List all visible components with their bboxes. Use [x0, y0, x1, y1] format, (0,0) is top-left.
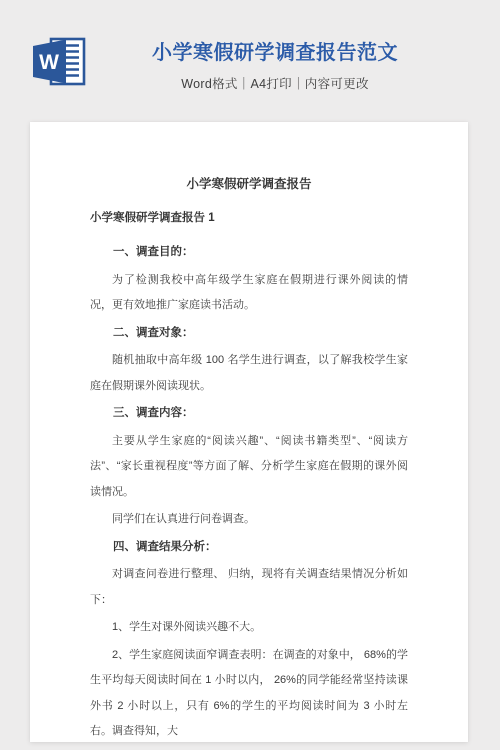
document-page-preview: 小学寒假研学调查报告 小学寒假研学调查报告 1 一、调查目的： 为了检测我校中高… [30, 122, 468, 742]
para-survey-note: 同学们在认真进行问卷调查。 [90, 507, 408, 533]
page-background: W 小学寒假研学调查报告范文 Word格式｜A4打印｜内容可更改 小学寒假研学调… [0, 0, 500, 750]
para-subjects: 随机抽取中高年级 100 名学生进行调查，以了解我校学生家庭在假期课外阅读现状。 [90, 348, 408, 399]
doc-subtitle-1: 小学寒假研学调查报告 1 [90, 206, 408, 232]
heading-subjects: 二、调查对象： [90, 321, 408, 347]
heading-content: 三、调查内容： [90, 401, 408, 427]
page-title: 小学寒假研学调查报告范文 [60, 40, 490, 66]
para-content: 主要从学生家庭的“阅读兴趣”、“阅读书籍类型”、“阅读方法”、“家长重视程度”等… [90, 429, 408, 506]
header-text: 小学寒假研学调查报告范文 Word格式｜A4打印｜内容可更改 [60, 40, 490, 92]
heading-results: 四、调查结果分析： [90, 535, 408, 561]
para-result-1: 1、学生对课外阅读兴趣不大。 [90, 615, 408, 641]
para-results-intro: 对调查问卷进行整理、 归纳，现将有关调查结果情况分析如下： [90, 562, 408, 613]
header: W 小学寒假研学调查报告范文 Word格式｜A4打印｜内容可更改 [0, 0, 500, 122]
word-icon-letter: W [39, 51, 59, 74]
doc-title: 小学寒假研学调查报告 [90, 172, 408, 198]
heading-purpose: 一、调查目的： [90, 240, 408, 266]
para-purpose: 为了检测我校中高年级学生家庭在假期进行课外阅读的情况，更有效地推广家庭读书活动。 [90, 268, 408, 319]
para-result-2: 2、学生家庭阅读面窄调查表明：在调查的对象中， 68%的学生平均每天阅读时间在 … [90, 643, 408, 743]
format-info: Word格式｜A4打印｜内容可更改 [60, 74, 490, 92]
